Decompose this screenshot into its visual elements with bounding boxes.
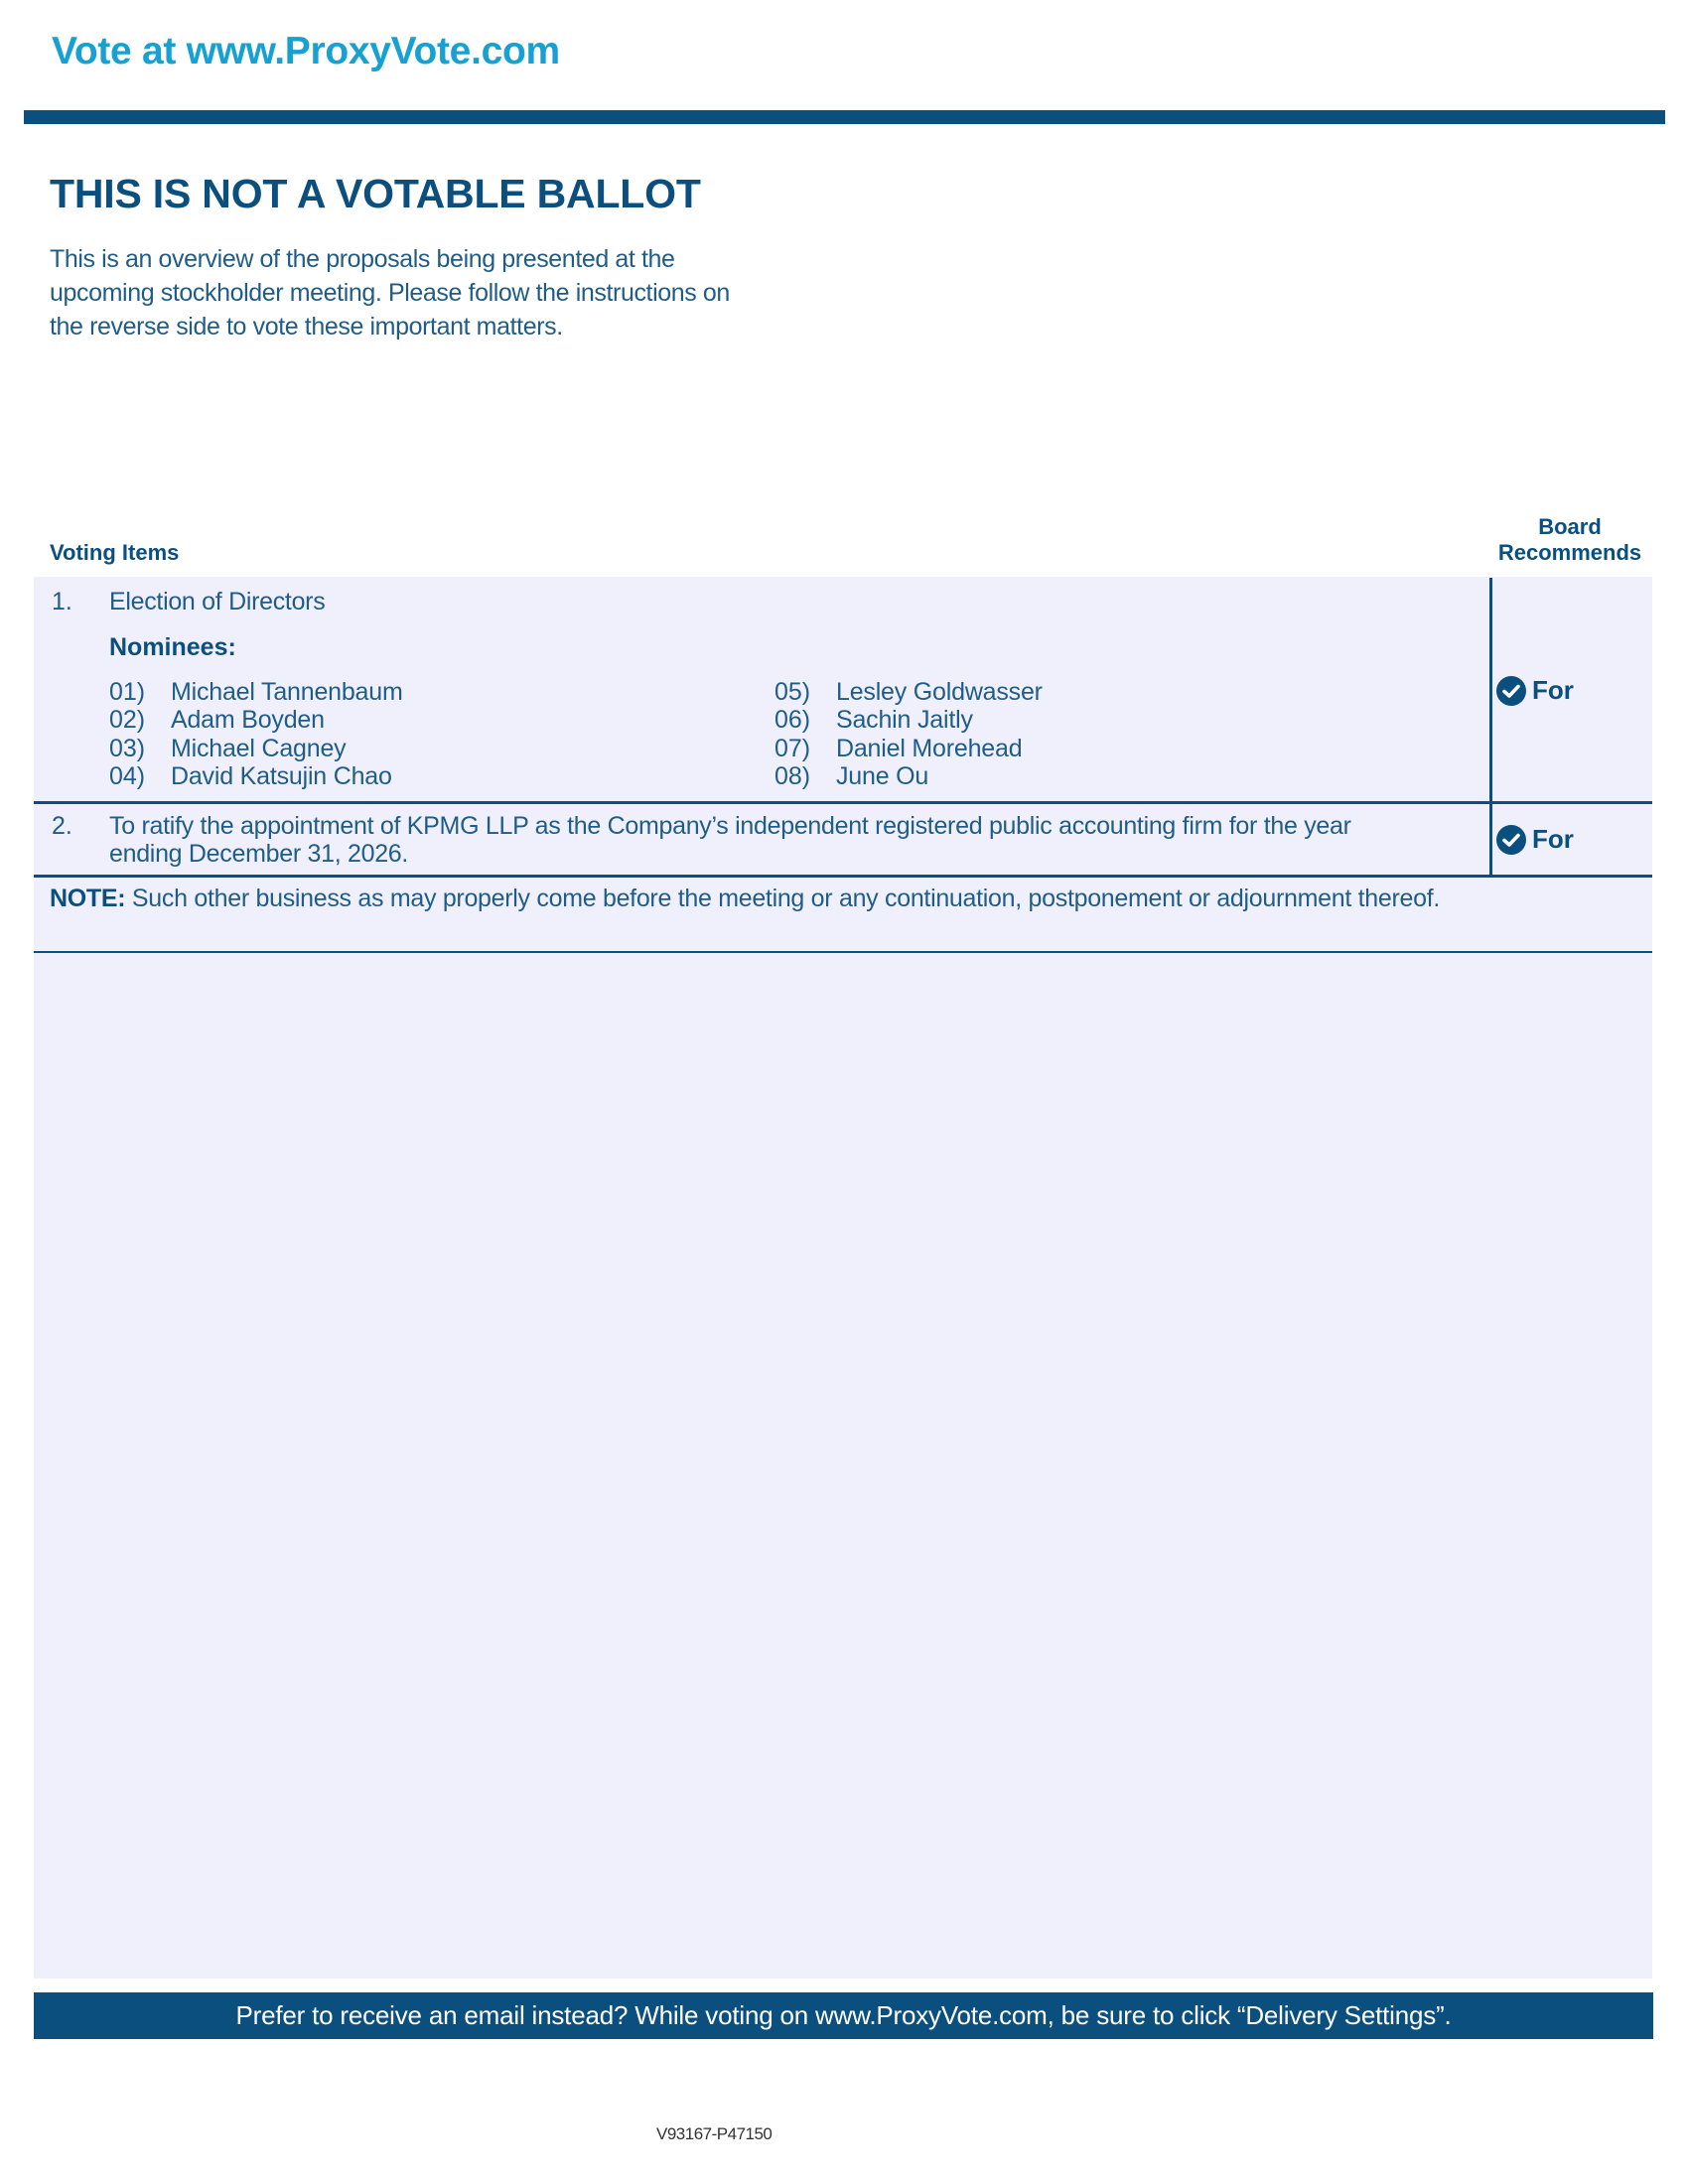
check-circle-icon — [1496, 825, 1526, 855]
board-header-line: Board — [1486, 514, 1653, 540]
recommendation-label: For — [1532, 824, 1574, 855]
item-number: 2. — [52, 812, 72, 841]
document-code: V93167-P47150 — [656, 2124, 772, 2144]
column-divider — [1489, 578, 1492, 878]
note-label: NOTE: — [50, 885, 125, 912]
note-divider — [34, 951, 1652, 953]
nominee-number: 05) — [774, 678, 810, 707]
intro-line: This is an overview of the proposals bei… — [50, 242, 834, 276]
banner-text: Prefer to receive an email instead? Whil… — [235, 2000, 1451, 2031]
nominee-number: 02) — [109, 706, 145, 735]
item-title: To ratify the appointment of KPMG LLP as… — [109, 812, 1484, 868]
vote-at-proxyvote-link[interactable]: Vote at www.ProxyVote.com — [52, 30, 560, 73]
note-text: Such other business as may properly come… — [125, 885, 1440, 912]
item-number: 1. — [52, 588, 72, 616]
nominee-name: Sachin Jaitly — [836, 706, 973, 735]
row-divider — [34, 801, 1652, 804]
nominee-name: David Katsujin Chao — [171, 762, 392, 791]
board-recommendation-item-1: For — [1496, 675, 1574, 706]
nominee-name: Daniel Morehead — [836, 735, 1022, 763]
check-circle-icon — [1496, 676, 1526, 706]
note: NOTE: Such other business as may properl… — [50, 885, 1489, 912]
row-divider — [34, 875, 1652, 878]
nominee-number: 03) — [109, 735, 145, 763]
nominee-name: Lesley Goldwasser — [836, 678, 1043, 707]
nominee-name: Adam Boyden — [171, 706, 325, 735]
intro-line: upcoming stockholder meeting. Please fol… — [50, 276, 834, 310]
item-title-line: ending December 31, 2026. — [109, 840, 1484, 868]
nominee-name: Michael Cagney — [171, 735, 346, 763]
board-recommendation-item-2: For — [1496, 824, 1574, 855]
nominee-name: June Ou — [836, 762, 928, 791]
nominees-label: Nominees: — [109, 633, 236, 662]
nominee-number: 08) — [774, 762, 810, 791]
nominee-number: 07) — [774, 735, 810, 763]
delivery-settings-banner: Prefer to receive an email instead? Whil… — [34, 1992, 1653, 2039]
header-rule — [24, 110, 1665, 124]
intro-paragraph: This is an overview of the proposals bei… — [50, 242, 834, 343]
recommendation-label: For — [1532, 675, 1574, 706]
nominee-number: 04) — [109, 762, 145, 791]
item-title: Election of Directors — [109, 588, 325, 616]
board-header-line: Recommends — [1486, 540, 1653, 566]
nominee-number: 06) — [774, 706, 810, 735]
board-recommends-header: Board Recommends — [1486, 514, 1653, 566]
item-title-line: To ratify the appointment of KPMG LLP as… — [109, 812, 1484, 840]
nominee-number: 01) — [109, 678, 145, 707]
voting-items-header: Voting Items — [50, 540, 179, 566]
intro-line: the reverse side to vote these important… — [50, 310, 834, 343]
page-title: THIS IS NOT A VOTABLE BALLOT — [50, 171, 701, 217]
nominee-name: Michael Tannenbaum — [171, 678, 403, 707]
